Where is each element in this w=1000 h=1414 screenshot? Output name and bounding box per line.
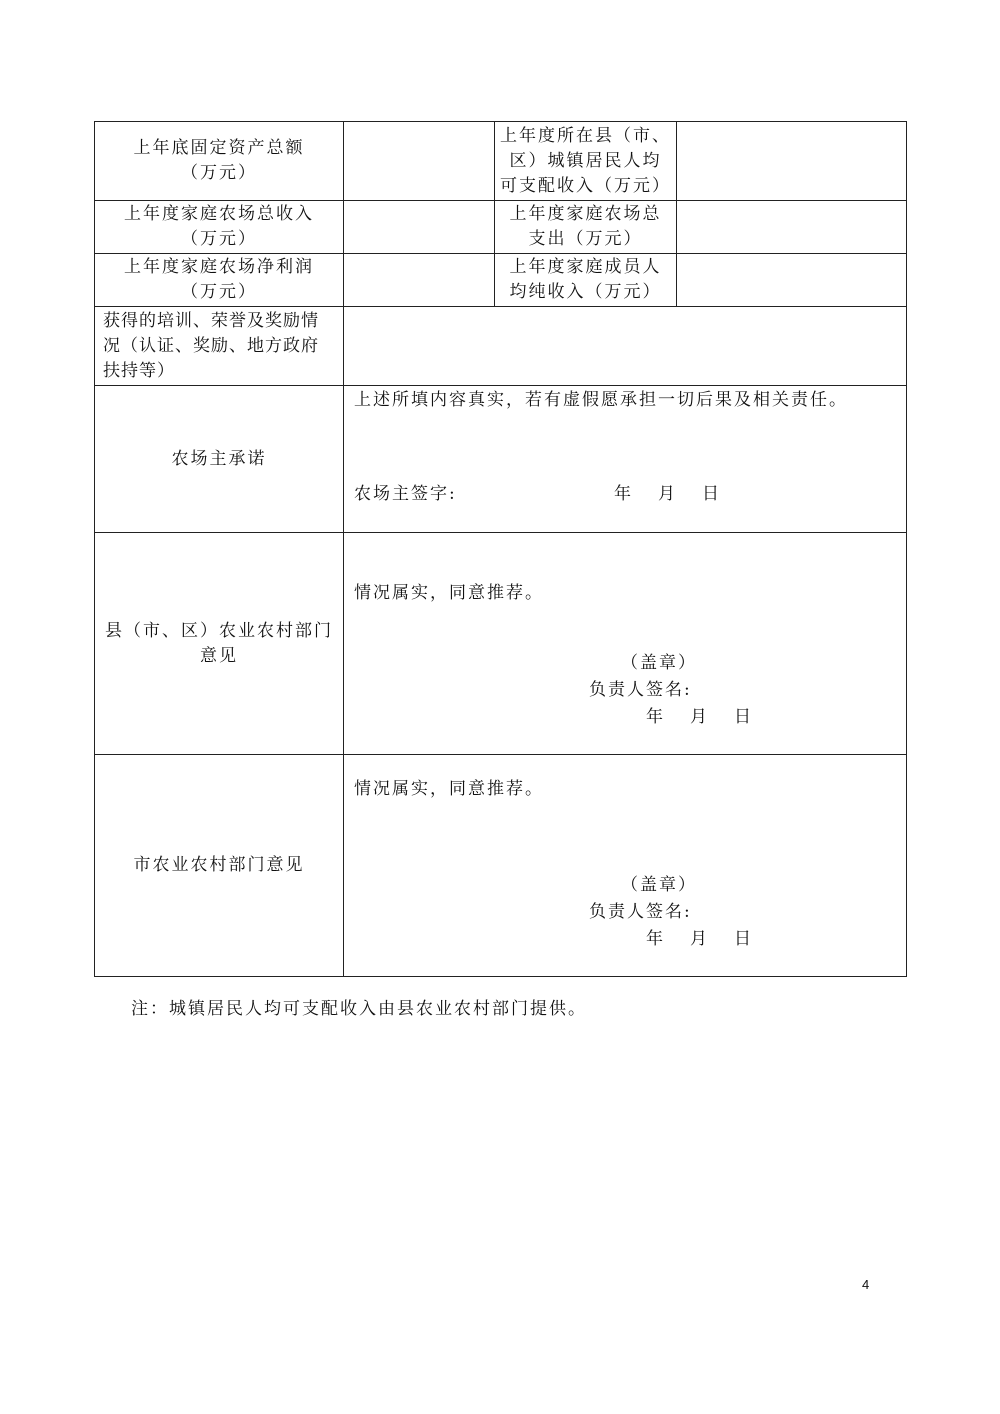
net-profit-value[interactable] xyxy=(344,254,495,307)
city-day: 日 xyxy=(734,927,753,952)
county-opinion-statement: 情况属实，同意推荐。 xyxy=(354,581,544,606)
table-row: 县（市、区）农业农村部门意见 情况属实，同意推荐。 （盖章） 负责人签名: 年 … xyxy=(95,533,907,755)
table-row: 市农业农村部门意见 情况属实，同意推荐。 （盖章） 负责人签名: 年 月 日 xyxy=(95,755,907,977)
footnote: 注：城镇居民人均可支配收入由县农业农村部门提供。 xyxy=(131,994,587,1019)
table-row: 上年度家庭农场净利润（万元） 上年度家庭成员人均纯收入（万元） xyxy=(95,254,907,307)
table-row: 上年度家庭农场总收入（万元） 上年度家庭农场总支出（万元） xyxy=(95,201,907,254)
fixed-assets-value[interactable] xyxy=(344,122,495,201)
pledge-year: 年 xyxy=(614,482,633,507)
pledge-sign-label: 农场主签字: xyxy=(354,482,457,507)
city-month: 月 xyxy=(690,927,709,952)
city-year: 年 xyxy=(646,927,665,952)
pledge-label: 农场主承诺 xyxy=(95,386,344,533)
city-opinion-statement: 情况属实，同意推荐。 xyxy=(354,777,544,802)
awards-value[interactable] xyxy=(344,307,907,386)
county-income-label: 上年度所在县（市、区）城镇居民人均可支配收入（万元） xyxy=(495,122,677,201)
total-income-value[interactable] xyxy=(344,201,495,254)
county-sign-label: 负责人签名: xyxy=(589,678,692,703)
total-expense-value[interactable] xyxy=(677,201,907,254)
county-opinion-label: 县（市、区）农业农村部门意见 xyxy=(95,533,344,755)
total-income-label: 上年度家庭农场总收入（万元） xyxy=(95,201,344,254)
pledge-cell: 上述所填内容真实，若有虚假愿承担一切后果及相关责任。 农场主签字: 年 月 日 xyxy=(344,386,907,533)
county-income-value[interactable] xyxy=(677,122,907,201)
pledge-day: 日 xyxy=(702,482,721,507)
county-year: 年 xyxy=(646,705,665,730)
pledge-statement: 上述所填内容真实，若有虚假愿承担一切后果及相关责任。 xyxy=(354,388,848,413)
member-income-label: 上年度家庭成员人均纯收入（万元） xyxy=(495,254,677,307)
city-opinion-label: 市农业农村部门意见 xyxy=(95,755,344,977)
city-sign-label: 负责人签名: xyxy=(589,900,692,925)
member-income-value[interactable] xyxy=(677,254,907,307)
awards-label: 获得的培训、荣誉及奖励情况（认证、奖励、地方政府扶持等） xyxy=(95,307,344,386)
net-profit-label: 上年度家庭农场净利润（万元） xyxy=(95,254,344,307)
page-number: 4 xyxy=(862,1277,869,1292)
county-month: 月 xyxy=(690,705,709,730)
table-row: 农场主承诺 上述所填内容真实，若有虚假愿承担一切后果及相关责任。 农场主签字: … xyxy=(95,386,907,533)
application-form-table: 上年底固定资产总额（万元） 上年度所在县（市、区）城镇居民人均可支配收入（万元）… xyxy=(94,121,907,977)
table-row: 上年底固定资产总额（万元） 上年度所在县（市、区）城镇居民人均可支配收入（万元） xyxy=(95,122,907,201)
county-day: 日 xyxy=(734,705,753,730)
county-seal: （盖章） xyxy=(621,651,697,676)
city-seal: （盖章） xyxy=(621,873,697,898)
fixed-assets-label: 上年底固定资产总额（万元） xyxy=(95,122,344,201)
total-expense-label: 上年度家庭农场总支出（万元） xyxy=(495,201,677,254)
document-page: 上年底固定资产总额（万元） 上年度所在县（市、区）城镇居民人均可支配收入（万元）… xyxy=(0,0,1000,1414)
table-row: 获得的培训、荣誉及奖励情况（认证、奖励、地方政府扶持等） xyxy=(95,307,907,386)
county-opinion-cell: 情况属实，同意推荐。 （盖章） 负责人签名: 年 月 日 xyxy=(344,533,907,755)
pledge-month: 月 xyxy=(658,482,677,507)
city-opinion-cell: 情况属实，同意推荐。 （盖章） 负责人签名: 年 月 日 xyxy=(344,755,907,977)
